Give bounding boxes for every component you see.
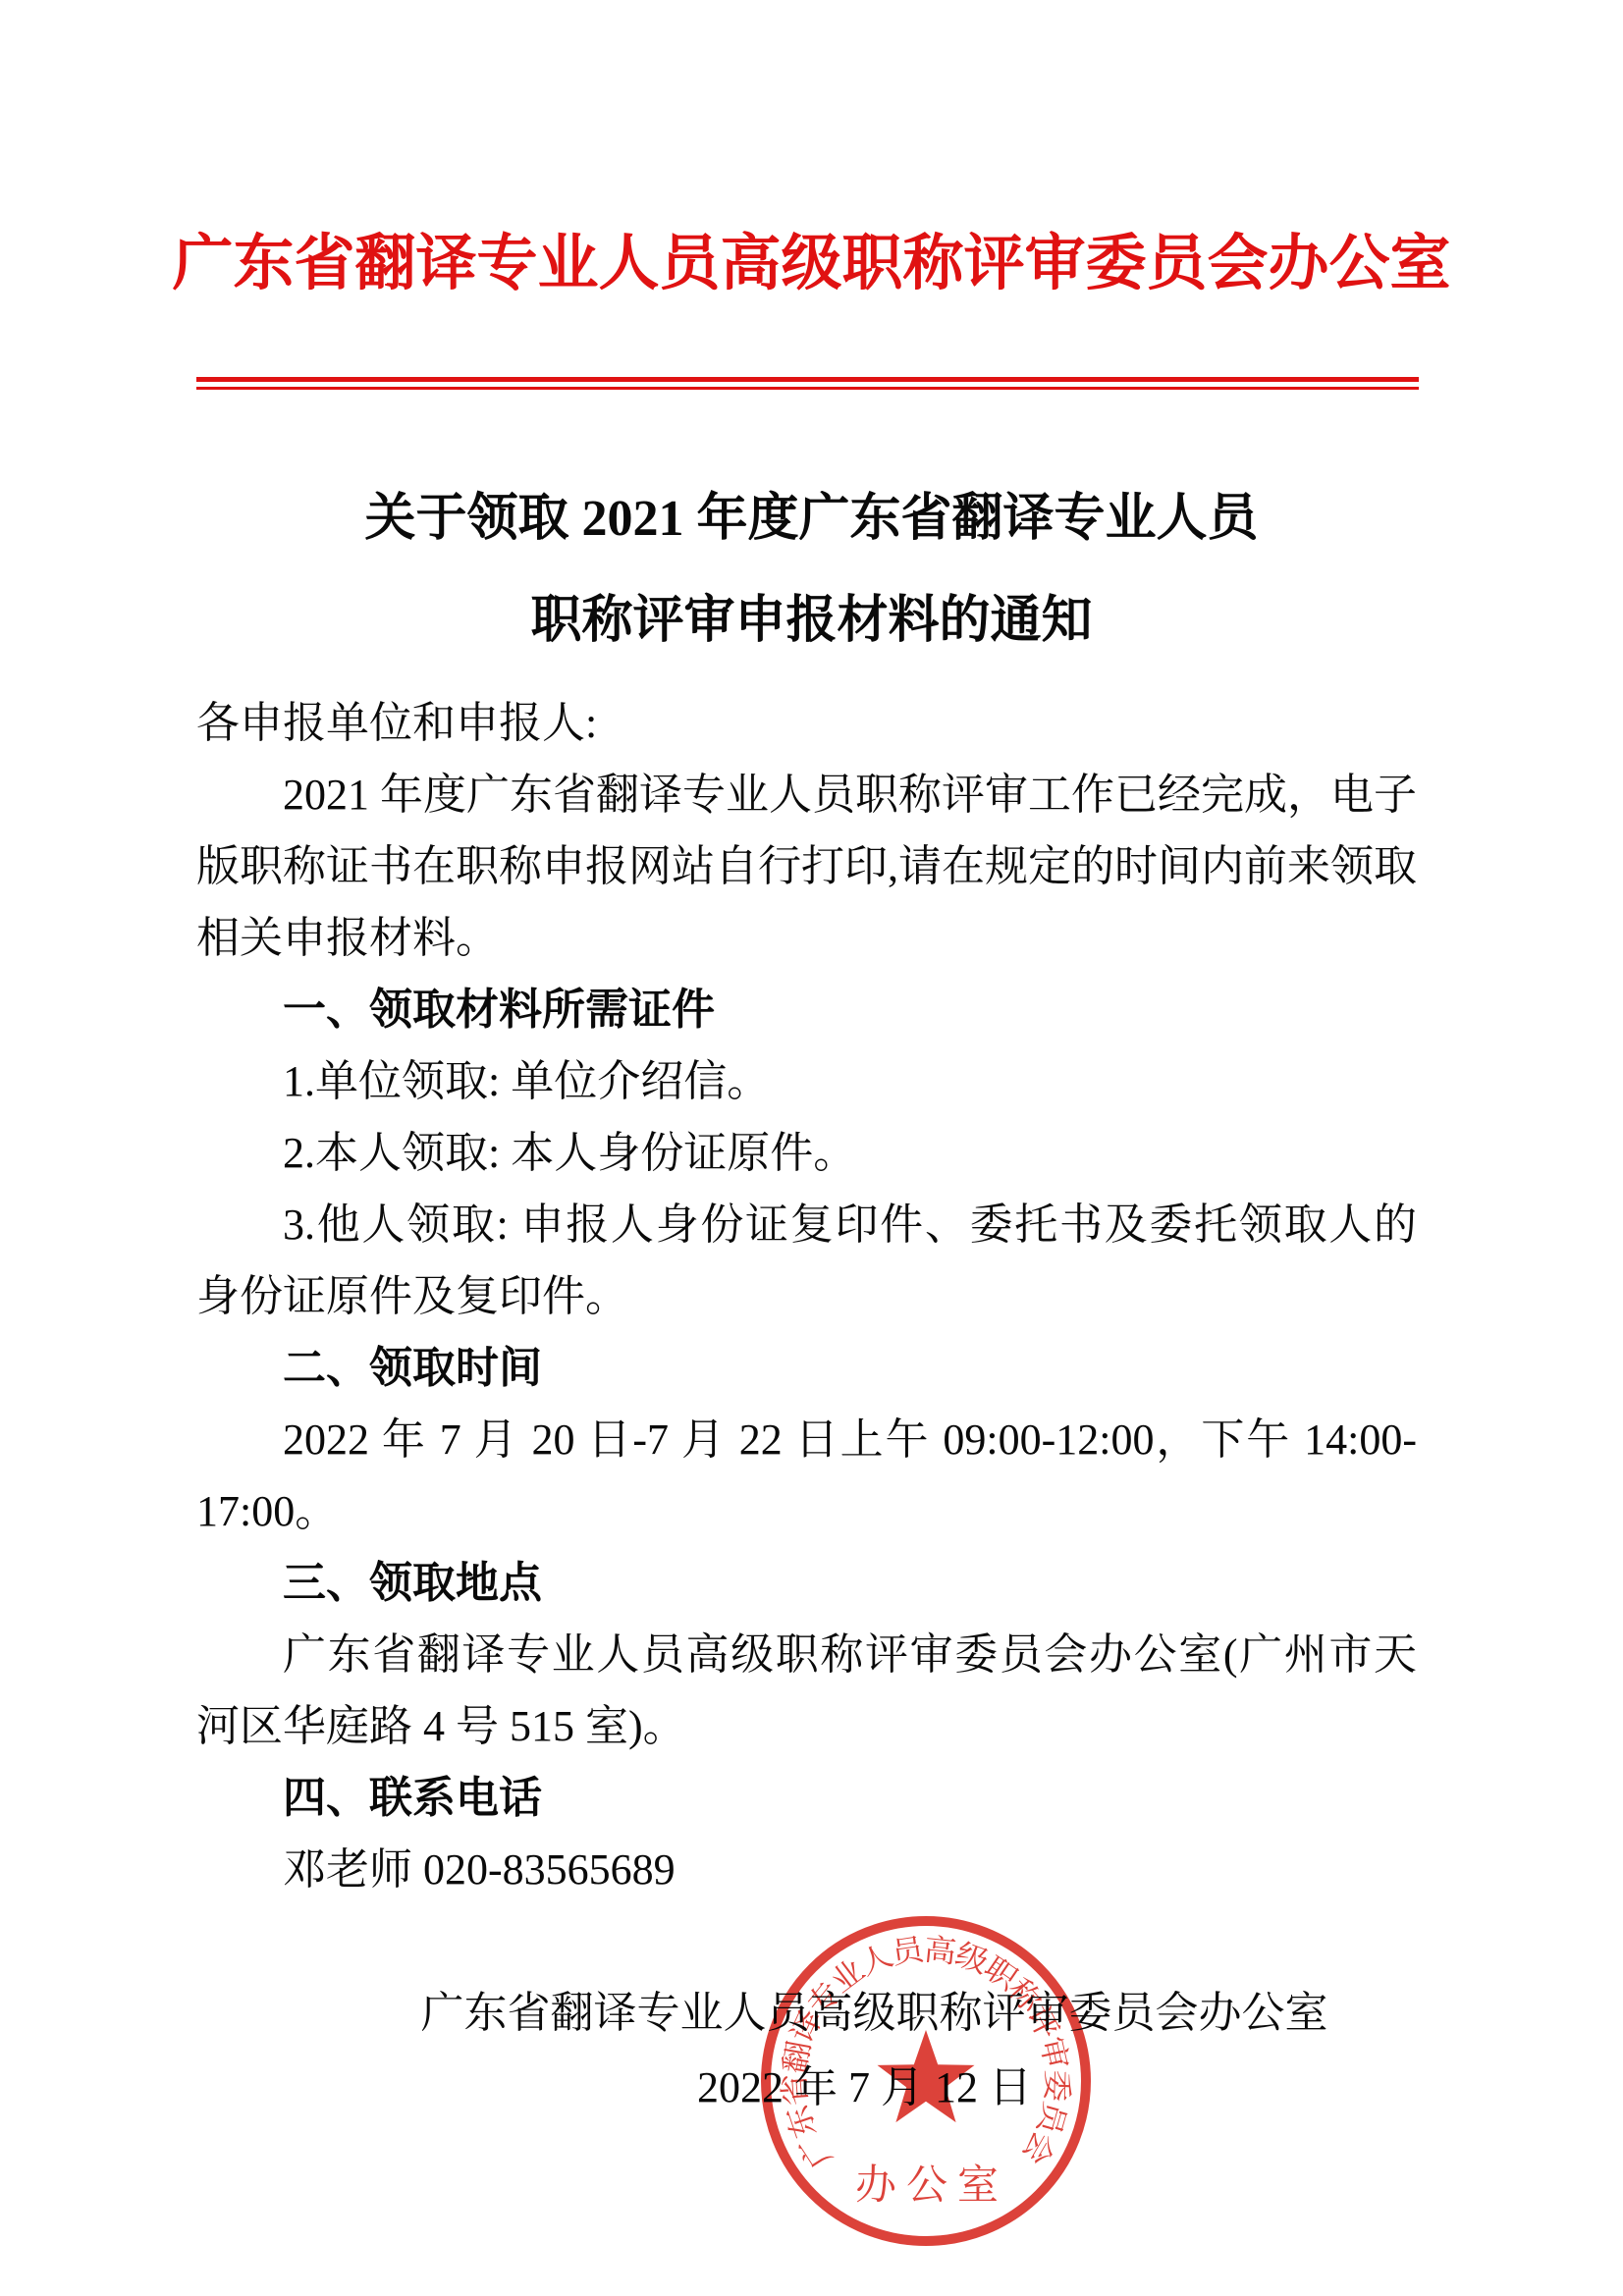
contact-line: 邓老师 020-83565689 xyxy=(196,1834,1417,1905)
section-heading-1: 一、领取材料所需证件 xyxy=(196,974,1417,1045)
letterhead-org-name: 广东省翻译专业人员高级职称评审委员会办公室 xyxy=(88,0,1535,300)
signature-date: 2022 年 7 月 12 日 xyxy=(0,2051,1623,2125)
section-heading-2: 二、领取时间 xyxy=(196,1332,1417,1404)
document-title-line1: 关于领取 2021 年度广东省翻译专业人员 xyxy=(0,468,1623,570)
signature-org: 广东省翻译专业人员高级职称评审委员会办公室 xyxy=(0,1976,1623,2051)
signature-block: 广东省翻译专业人员高级职称评审委员会办公室 2022 年 7 月 12 日 xyxy=(0,1976,1623,2125)
section-2-item-1: 2022 年 7 月 20 日-7 月 22 日上午 09:00-12:00，下… xyxy=(196,1404,1417,1547)
section-heading-4: 四、联系电话 xyxy=(196,1762,1417,1834)
document-body: 各申报单位和申报人: 2021 年度广东省翻译专业人员职称评审工作已经完成，电子… xyxy=(196,687,1417,1905)
document-title-line2: 职称评审申报材料的通知 xyxy=(0,570,1623,672)
letterhead-double-rule xyxy=(196,377,1419,390)
intro-paragraph: 2021 年度广东省翻译专业人员职称评审工作已经完成，电子版职称证书在职称申报网… xyxy=(196,759,1417,974)
section-heading-3: 三、领取地点 xyxy=(196,1547,1417,1619)
section-1-item-1: 1.单位领取: 单位介绍信。 xyxy=(196,1045,1417,1117)
document-title: 关于领取 2021 年度广东省翻译专业人员 职称评审申报材料的通知 xyxy=(0,468,1623,672)
seal-bottom-text: 办公室 xyxy=(855,2163,1008,2209)
section-1-item-3: 3.他人领取: 申报人身份证复印件、委托书及委托领取人的身份证原件及复印件。 xyxy=(196,1189,1417,1332)
section-1-item-2: 2.本人领取: 本人身份证原件。 xyxy=(196,1117,1417,1189)
salutation: 各申报单位和申报人: xyxy=(196,687,1417,759)
notice-document-page: 广东省翻译专业人员高级职称评审委员会办公室 关于领取 2021 年度广东省翻译专… xyxy=(0,0,1623,2296)
section-3-item-1: 广东省翻译专业人员高级职称评审委员会办公室(广州市天河区华庭路 4 号 515 … xyxy=(196,1619,1417,1762)
